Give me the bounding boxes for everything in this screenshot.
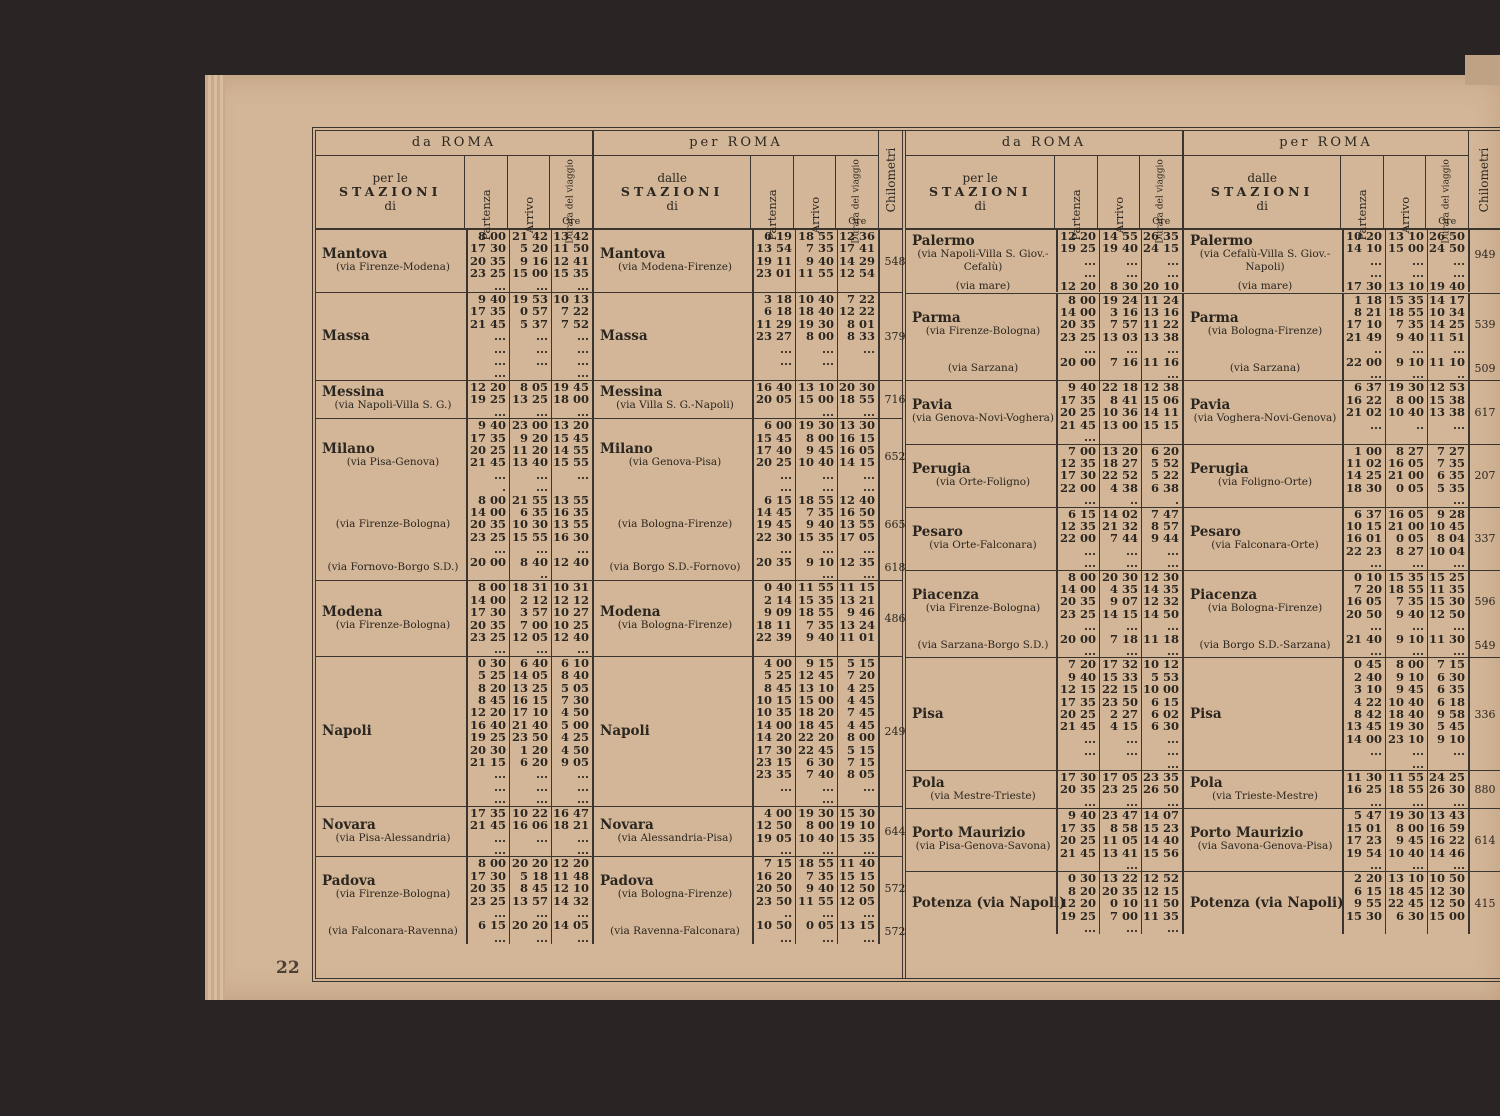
station-label: Pesaro: [1190, 526, 1340, 539]
station-name: (via Firenze-Bologna): [316, 518, 466, 531]
durata-time: 10 00: [1142, 683, 1179, 695]
durata-time: ...: [552, 406, 589, 418]
partenza-time: 20 35: [1058, 595, 1096, 607]
arrivo-time: 7 16: [1100, 356, 1138, 368]
station-row: Parma(via Firenze-Bologna)8 0014 0020 35…: [906, 294, 1500, 382]
arrivo-column: 21 425 209 1615 00...: [510, 230, 552, 292]
partenza-column: 6 1514 4519 4522 30...: [754, 494, 796, 556]
station-row: Pavia(via Genova-Novi-Voghera)9 4017 352…: [906, 381, 1500, 444]
time-columns: 9 4017 3520 2521 45....23 009 2011 2013 …: [466, 419, 594, 493]
partenza-time: ...: [754, 481, 792, 493]
partenza-time: [754, 793, 792, 805]
arrivo-column: 7 16: [1100, 356, 1142, 381]
arrivo-time: ...: [1100, 859, 1138, 871]
arrivo-column: 6 4014 0513 2516 1517 1021 4023 501 206 …: [510, 657, 552, 806]
durata-column: 13 5516 3513 5516 30...: [552, 494, 594, 556]
station-groups: Porto Maurizio(via Pisa-Genova-Savona)9 …: [906, 809, 1500, 871]
arrivo-column: 15 3518 557 359 40...: [1386, 571, 1428, 633]
durata-time: 6 38: [1142, 482, 1179, 494]
arrivo-column: 0 05...: [796, 919, 838, 944]
station-row: Napoli0 305 258 208 4512 2016 4019 2520 …: [316, 657, 902, 807]
station-label: Pavia: [912, 399, 1054, 412]
stations-column-header: dalleSTAZIONIdi: [594, 156, 751, 228]
partenza-column: 6 1512 3522 00......: [1058, 508, 1100, 570]
partenza-time: 19 25: [468, 731, 506, 743]
station-label: Padova: [322, 875, 464, 888]
route-via: (via mare): [912, 280, 1054, 293]
station-row: Perugia(via Orte-Foligno)7 0012 3517 302…: [906, 445, 1500, 508]
time-columns: 12 2019 25...8 0513 25...19 4518 00...: [466, 381, 594, 418]
durata-time: [1142, 859, 1179, 871]
durata-time: 12 53: [1428, 381, 1465, 393]
arrivo-time: 10 36: [1100, 406, 1138, 418]
station-name: Pola(via Mestre-Trieste): [906, 777, 1056, 803]
durata-time: 15 30: [1428, 595, 1465, 607]
arrivo-time: [1386, 494, 1424, 506]
arrivo-time: ...: [510, 481, 548, 493]
arrivo-time: 13 25: [510, 393, 548, 405]
partenza-time: [1344, 922, 1382, 934]
station-name: Potenza (via Napoli): [1184, 897, 1342, 910]
arrivo-label: Arrivo: [808, 197, 822, 233]
partenza-time: ...: [468, 543, 506, 555]
durata-column: 11 2413 1611 2213 38...: [1142, 294, 1184, 356]
route-via: (via Firenze-Modena): [322, 261, 464, 274]
arrivo-time: 15 00: [1386, 242, 1424, 254]
durata-column: 7 478 579 44......: [1142, 508, 1184, 570]
durata-column: 20 3018 55...: [838, 381, 880, 418]
arrivo-time: 11 55: [796, 581, 834, 593]
arrivo-time: 17 10: [510, 706, 548, 718]
arrivo-time: 22 45: [1386, 897, 1424, 909]
durata-column-header: Durata del viaggioOre: [550, 156, 592, 228]
per_roma-title: per ROMA: [1184, 131, 1468, 156]
arrivo-time: ...: [796, 406, 834, 418]
partenza-time: 20 35: [1058, 783, 1096, 795]
route-via: (via Foligno-Orte): [1190, 476, 1340, 489]
arrivo-column: 18 557 359 4011 55: [796, 230, 838, 292]
partenza-time: 19 25: [1058, 242, 1096, 254]
partenza-time: 7 20: [1058, 658, 1096, 670]
stations-column-header: per leSTAZIONIdi: [316, 156, 465, 228]
arrivo-time: 18 20: [796, 706, 834, 718]
arrivo-time: 12 45: [796, 669, 834, 681]
partenza-time: 6 15: [468, 919, 506, 931]
station-name: Pesaro(via Falconara-Orte): [1184, 526, 1342, 552]
durata-time: ...: [1142, 922, 1179, 934]
route-via: (via Firenze-Bologna): [322, 888, 464, 901]
ore-label: Ore: [1426, 216, 1468, 227]
station-name: Messina(via Villa S. G.-Napoli): [594, 386, 752, 412]
durata-column: 12 3815 0614 1115 15: [1142, 381, 1184, 443]
page-tab: [1465, 55, 1500, 85]
distance-km: 596: [1470, 595, 1500, 608]
arrivo-column: 9 10...: [796, 556, 838, 581]
per-roma-header: per ROMAdalleSTAZIONIdiPartenzaArrivoDur…: [1184, 131, 1468, 228]
arrivo-time: 18 55: [796, 606, 834, 618]
ore-label: Ore: [550, 216, 592, 227]
station-label: Pola: [912, 777, 1054, 790]
stations-column-header: dalleSTAZIONIdi: [1184, 156, 1341, 228]
durata-time: 9 46: [838, 606, 875, 618]
arrivo-time: 11 55: [796, 267, 834, 279]
station-label: Piacenza: [1190, 589, 1340, 602]
time-columns: 6 3716 2221 02... 19 308 0010 40.. 12 53…: [1342, 381, 1470, 443]
partenza-time: 14 10: [1344, 242, 1382, 254]
station-name: Perugia(via Foligno-Orte): [1184, 463, 1342, 489]
durata-time: ...: [1142, 368, 1179, 380]
durata-time: ...: [552, 932, 589, 944]
arrivo-time: ...: [796, 481, 834, 493]
partenza-time: [1058, 368, 1096, 380]
di-label: di: [1256, 199, 1268, 213]
partenza-time: [468, 568, 506, 580]
station-name: Mantova(via Firenze-Modena): [316, 248, 466, 274]
route-via: (via Trieste-Mestre): [1190, 790, 1340, 803]
arrivo-time: [1386, 431, 1424, 443]
partenza-time: 20 35: [468, 882, 506, 894]
station-label: Perugia: [912, 463, 1054, 476]
arrivo-time: 23 25: [1100, 783, 1138, 795]
durata-time: 14 11: [1142, 406, 1179, 418]
route-row: (via Falconara-Ravenna)6 15...20 20...14…: [316, 919, 910, 944]
arrivo-time: 7 35: [796, 242, 834, 254]
station-name: (via Falconara-Ravenna): [316, 925, 466, 938]
arrivo-time: 9 45: [1386, 683, 1424, 695]
durata-time: 10 50: [1428, 872, 1465, 884]
durata-column: 26 3524 15......: [1142, 230, 1184, 280]
station-label: Massa: [600, 330, 750, 343]
arrivo-time: 23 50: [510, 731, 548, 743]
durata-time: 7 22: [552, 305, 589, 317]
da-roma-header: da ROMAper leSTAZIONIdiPartenzaArrivoDur…: [316, 131, 594, 228]
arrivo-time: 18 40: [796, 305, 834, 317]
arrivo-time: 15 00: [510, 267, 548, 279]
route-via: (via Firenze-Bologna): [912, 325, 1054, 338]
durata-time: ...: [552, 367, 589, 379]
partenza-column: 7 0012 3517 3022 00...: [1058, 445, 1100, 507]
durata-time: [838, 643, 875, 655]
per-le-label: per le: [373, 171, 408, 185]
partenza-time: 8 00: [468, 857, 506, 869]
partenza-time: 21 45: [468, 456, 506, 468]
arrivo-time: ...: [1100, 645, 1138, 657]
partenza-time: ...: [1058, 343, 1096, 355]
time-columns: 17 3020 35...17 0523 25...23 3526 50...: [1056, 771, 1184, 808]
da-roma-header: da ROMAper leSTAZIONIdiPartenzaArrivoDur…: [906, 131, 1184, 228]
station-name: Palermo(via Napoli-Villa S. Giov.-Cefalù…: [906, 235, 1056, 274]
partenza-time: 14 20: [754, 731, 792, 743]
partenza-column: 11 3016 25...: [1344, 771, 1386, 808]
durata-time: ..: [1428, 368, 1465, 380]
station-name: (via Borgo S.D.-Sarzana): [1184, 639, 1342, 652]
arrivo-time: ...: [510, 406, 548, 418]
arrivo-time: 10 40: [1386, 406, 1424, 418]
durata-time: ...: [552, 793, 589, 805]
durata-time: 13 43: [1428, 809, 1465, 821]
per_roma-title: per ROMA: [594, 131, 878, 156]
station-name: Porto Maurizio(via Pisa-Genova-Savona): [906, 827, 1056, 853]
station-name: Parma(via Bologna-Firenze): [1184, 312, 1342, 338]
partenza-time: ..: [1344, 343, 1382, 355]
arrivo-time: ..: [1386, 419, 1424, 431]
arrivo-column: 9 10...: [1386, 356, 1428, 381]
durata-time: ...: [1142, 557, 1179, 569]
arrivo-time: ...: [510, 355, 548, 367]
partenza-time: ...: [468, 932, 506, 944]
station-row: Padova(via Firenze-Bologna)8 0017 3020 3…: [316, 857, 902, 944]
durata-column: 13 3016 1516 0514 15......: [838, 419, 880, 493]
arrivo-time: ...: [1100, 343, 1138, 355]
station-name: Massa: [316, 330, 466, 343]
durata-column: 11 16...: [1142, 356, 1184, 381]
partenza-column: 5 4715 0117 2319 54...: [1344, 809, 1386, 871]
arrivo-column: 23 009 2011 2013 40......: [510, 419, 552, 493]
partenza-column: 21 40...: [1344, 633, 1386, 658]
durata-time: ...: [552, 469, 589, 481]
partenza-time: ...: [1058, 645, 1096, 657]
durata-time: 11 01: [838, 631, 875, 643]
arrivo-time: 0 05: [796, 919, 834, 931]
partenza-time: 0 45: [1344, 658, 1382, 670]
route-via: (via Falconara-Ravenna): [322, 925, 464, 938]
time-columns: 4 005 258 4510 1510 3514 0014 2017 3023 …: [752, 657, 880, 806]
arrivo-column: 18 557 359 4015 35...: [796, 494, 838, 556]
station-label: Piacenza: [912, 589, 1054, 602]
arrivo-time: ...: [1386, 859, 1424, 871]
station-label: Perugia: [1190, 463, 1340, 476]
durata-time: 10 27: [552, 606, 589, 618]
arrivo-time: 13 22: [1100, 872, 1138, 884]
arrivo-column: 14 5519 40......: [1100, 230, 1142, 280]
chilometri-label: Chilometri: [884, 147, 898, 212]
arrivo-column: 17 0523 25...: [1100, 771, 1142, 808]
arrivo-time: ...: [796, 844, 834, 856]
durata-time: 15 35: [552, 267, 589, 279]
distance-km: 336: [1470, 708, 1500, 721]
partenza-column: 6 1913 5419 1123 01: [754, 230, 796, 292]
route-row: (via Sarzana)20 00 7 16 11 16...(via Sar…: [906, 356, 1500, 381]
station-label: Palermo: [912, 235, 1054, 248]
arrivo-time: ...: [1100, 557, 1138, 569]
time-columns: 12 208 3020 10: [1056, 280, 1184, 292]
station-groups: Padova(via Firenze-Bologna)8 0017 3020 3…: [316, 857, 910, 944]
durata-column: 11 4015 1512 5012 05...: [838, 857, 880, 919]
durata-time: ...: [1428, 267, 1465, 279]
durata-column: 14 0715 2314 4015 56: [1142, 809, 1184, 871]
durata-time: ...: [552, 543, 589, 555]
durata-time: 9 44: [1142, 532, 1179, 544]
arrivo-time: 13 10: [1386, 280, 1424, 292]
arrivo-column: 19 308 009 4510 40...: [1386, 809, 1428, 871]
arrivo-time: 0 57: [510, 305, 548, 317]
time-columns: 3 186 1811 2923 27...... 10 4018 4019 30…: [752, 293, 880, 380]
durata-time: 7 15: [1428, 658, 1465, 670]
arrivo-column: 19 308 009 4510 40......: [796, 419, 838, 493]
station-name: (via Fornovo-Borgo S.D.): [316, 561, 466, 574]
km-value: 617: [1470, 406, 1500, 419]
arrivo-time: ...: [510, 280, 548, 292]
station-groups: Modena(via Firenze-Bologna)8 0014 0017 3…: [316, 581, 910, 655]
route-via: (via Ravenna-Falconara): [600, 925, 750, 938]
arrivo-time: [1100, 368, 1138, 380]
durata-time: 8 05: [838, 768, 875, 780]
durata-time: 8 40: [552, 669, 589, 681]
arrivo-column-header: Arrivo: [1098, 156, 1141, 228]
arrivo-time: ...: [510, 543, 548, 555]
di-label: di: [666, 199, 678, 213]
partenza-time: 20 50: [754, 882, 792, 894]
station-label: Padova: [600, 875, 750, 888]
station-name: Porto Maurizio(via Savona-Genova-Pisa): [1184, 827, 1342, 853]
arrivo-time: 19 30: [1386, 809, 1424, 821]
arrivo-time: ...: [1386, 620, 1424, 632]
station-label: Novara: [322, 819, 464, 832]
station-groups: Novara(via Pisa-Alessandria)17 3521 45..…: [316, 807, 910, 857]
arrivo-time: ..: [1100, 494, 1138, 506]
partenza-time: 0 40: [754, 581, 792, 593]
station-label: Milano: [322, 443, 464, 456]
partenza-time: ...: [468, 406, 506, 418]
durata-time: 7 45: [838, 706, 875, 718]
partenza-time: [1344, 758, 1382, 770]
durata-time: 15 56: [1142, 847, 1179, 859]
station-label: Porto Maurizio: [912, 827, 1054, 840]
arrivo-column: 7 18...: [1100, 633, 1142, 658]
partenza-time: 17 30: [1058, 469, 1096, 481]
arrivo-column: 11 5515 3518 557 359 40: [796, 581, 838, 655]
arrivo-time: ...: [1386, 796, 1424, 808]
station-groups: Perugia(via Orte-Foligno)7 0012 3517 302…: [906, 445, 1500, 507]
arrivo-column: 13 2220 350 107 00...: [1100, 872, 1142, 934]
arrivo-time: ...: [1100, 745, 1138, 757]
partenza-time: ...: [468, 793, 506, 805]
partenza-time: ...: [1058, 494, 1096, 506]
durata-time: 11 50: [552, 242, 589, 254]
station-label: Pisa: [912, 708, 1054, 721]
arrivo-time: [796, 367, 834, 379]
time-columns: 8 0017 3020 3523 25...20 205 188 4513 57…: [466, 857, 594, 919]
partenza-column: 9 4017 3520 2521 45....: [468, 419, 510, 493]
partenza-time: [754, 280, 792, 292]
station-row: Pola(via Mestre-Trieste)17 3020 35...17 …: [906, 771, 1500, 809]
partenza-time: 9 55: [1344, 897, 1382, 909]
distance-km: 880: [1470, 783, 1500, 796]
arrivo-time: 9 07: [1100, 595, 1138, 607]
arrivo-column: 19 530 575 37.........: [510, 293, 552, 380]
arrivo-column: 8 30: [1100, 280, 1142, 292]
stazioni-label: STAZIONI: [929, 185, 1031, 199]
partenza-time: 21 02: [1344, 406, 1382, 418]
durata-time: ...: [838, 932, 875, 944]
station-groups: Messina(via Napoli-Villa S. G.)12 2019 2…: [316, 381, 910, 418]
route-row: Massa9 4017 3521 45............19 530 57…: [316, 293, 910, 380]
durata-time: ...: [1428, 494, 1465, 506]
durata-time: 14 15: [838, 456, 875, 468]
station-label: Napoli: [322, 725, 464, 738]
distance-km: 549: [1470, 639, 1500, 652]
durata-time: 12 20: [552, 857, 589, 869]
arrivo-time: ...: [1386, 645, 1424, 657]
station-row: Modena(via Firenze-Bologna)8 0014 0017 3…: [316, 581, 902, 656]
km-value: 880: [1470, 783, 1500, 796]
arrivo-time: [796, 643, 834, 655]
time-columns: 7 1516 2020 5023 50..18 557 359 4011 55.…: [752, 857, 880, 919]
station-name: (via Bologna-Firenze): [594, 518, 752, 531]
time-columns: 0 305 258 208 4512 2016 4019 2520 3021 1…: [466, 657, 594, 806]
time-columns: 6 1512 3522 00......14 0221 327 44......…: [1056, 508, 1184, 570]
durata-time: 20 10: [1142, 280, 1179, 292]
durata-time: ...: [838, 568, 875, 580]
route-via: (via Fornovo-Borgo S.D.): [322, 561, 464, 574]
arrivo-column: 18 557 359 4011 55...: [796, 857, 838, 919]
distance-km: 337: [1470, 532, 1500, 545]
arrivo-time: ...: [796, 932, 834, 944]
durata-time: 7 20: [838, 669, 875, 681]
durata-column: 9 2810 458 0410 04...: [1428, 508, 1470, 570]
durata-time: ...: [838, 406, 875, 418]
partenza-column: 6 3716 2221 02...: [1344, 381, 1386, 443]
partenza-time: 22 39: [754, 631, 792, 643]
partenza-column: 20 00: [468, 556, 510, 581]
partenza-time: 21 45: [1058, 847, 1096, 859]
arrivo-time: ...: [510, 793, 548, 805]
partenza-time: 14 25: [1344, 469, 1382, 481]
partenza-column: 10 2014 10......: [1344, 230, 1386, 280]
per-le-label: per le: [963, 171, 998, 185]
partenza-time: 16 05: [1344, 595, 1382, 607]
partenza-time: ...: [1344, 557, 1382, 569]
arrivo-column: 8 2716 0521 000 05: [1386, 445, 1428, 507]
arrivo-time: 22 52: [1100, 469, 1138, 481]
partenza-time: ...: [1058, 620, 1096, 632]
station-row: Piacenza(via Firenze-Bologna)8 0014 0020…: [906, 571, 1500, 659]
route-via: (via Firenze-Bologna): [322, 518, 464, 531]
arrivo-column: 13 1015 00...: [796, 381, 838, 418]
station-name: (via Sarzana): [906, 362, 1056, 375]
time-columns: 11 3016 25...11 5518 55...24 2526 30...: [1342, 771, 1470, 808]
route-via: (via Bologna-Firenze): [1190, 325, 1340, 338]
stations-column-header: per leSTAZIONIdi: [906, 156, 1055, 228]
time-columns: 20 00...7 18...11 18...: [1056, 633, 1184, 658]
partenza-time: [1058, 859, 1096, 871]
time-columns: 21 40...9 10...11 30...: [1342, 633, 1470, 658]
station-label: Milano: [600, 443, 750, 456]
durata-time: 26 50: [1142, 783, 1179, 795]
station-label: Modena: [600, 606, 750, 619]
station-label: Novara: [600, 819, 750, 832]
partenza-column: 10 50...: [754, 919, 796, 944]
time-columns: 0 402 149 0918 1122 39 11 5515 3518 557 …: [752, 581, 880, 655]
station-name: Novara(via Alessandria-Pisa): [594, 819, 752, 845]
durata-column: 26 5024 50......: [1428, 230, 1470, 280]
station-name: Mantova(via Modena-Firenze): [594, 248, 752, 274]
route-via: (via Bologna-Firenze): [600, 518, 750, 531]
arrivo-time: 22 15: [1100, 683, 1138, 695]
partenza-time: 22 00: [1058, 532, 1096, 544]
durata-column: 7 277 356 355 35...: [1428, 445, 1470, 507]
arrivo-column: 13 10: [1386, 280, 1428, 292]
partenza-time: 17 30: [468, 606, 506, 618]
arrivo-time: 4 15: [1100, 720, 1138, 732]
durata-time: ...: [1428, 343, 1465, 355]
arrivo-time: 22 18: [1100, 381, 1138, 393]
partenza-time: ...: [468, 367, 506, 379]
durata-time: ...: [1142, 745, 1179, 757]
route-row: Pavia(via Genova-Novi-Voghera)9 4017 352…: [906, 381, 1500, 443]
table-header: da ROMAper leSTAZIONIdiPartenzaArrivoDur…: [906, 131, 1500, 230]
partenza-column-header: Partenza: [465, 156, 508, 228]
